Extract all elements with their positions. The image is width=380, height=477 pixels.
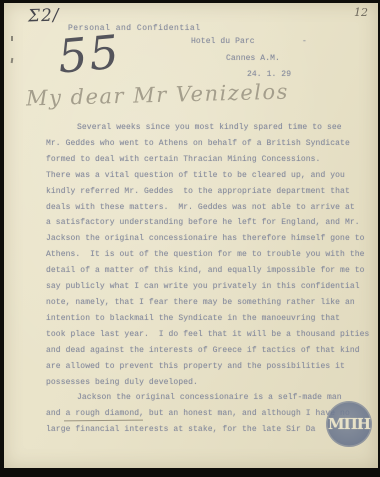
typed-line: formed to deal with certain Thracian Min… xyxy=(46,152,358,168)
letterhead-hotel: Hotel du Parc xyxy=(191,37,255,46)
typed-line: intention to blackmail the Syndicate in … xyxy=(46,311,358,327)
letter-body: Several weeks since you most kindly spar… xyxy=(46,120,358,438)
typed-line: Mr. Geddes who went to Athens on behalf … xyxy=(46,136,358,152)
typed-line: detail of a matter of this kind, and equ… xyxy=(46,263,358,279)
folio-number-handwritten: 55 xyxy=(56,24,123,83)
typed-line: large financial interests at stake, for … xyxy=(46,422,358,438)
stamp-monogram: ΜΠΗ xyxy=(328,415,370,433)
typed-line: took place last year. I do feel that it … xyxy=(46,327,358,343)
typed-line: a satisfactory understanding before he l… xyxy=(46,215,358,231)
scanned-letter-photo: { "document": { "archive_ref": "Σ2/", "p… xyxy=(0,0,380,477)
typed-line: possesses being duly developed. xyxy=(46,375,358,391)
confidential-heading: Personal and Confidential xyxy=(68,24,201,33)
typed-line: deals with these matters. Mr. Geddes was… xyxy=(46,200,358,216)
letterhead-city: Cannes A.M. xyxy=(226,54,280,63)
typed-line: Several weeks since you most kindly spar… xyxy=(46,120,358,136)
letterhead-date: 24. 1. 29 xyxy=(247,70,291,79)
typed-line: kindly referred Mr. Geddes to the approp… xyxy=(46,184,358,200)
margin-tick-mark xyxy=(11,36,13,41)
letter-page: Σ2/ 12 55 Personal and Confidential Hote… xyxy=(4,3,378,468)
typed-line: say publicly what I can write you privat… xyxy=(46,279,358,295)
typed-line: and dead against the interests of Greece… xyxy=(46,343,358,359)
typed-line: Athens. It is out of the question for me… xyxy=(46,247,358,263)
typed-line: are allowed to prevent this property and… xyxy=(46,359,358,375)
archive-ref-handwritten: Σ2/ xyxy=(28,5,60,26)
typed-line: Jackson the original concessionaire has … xyxy=(46,231,358,247)
typed-line: note, namely, that I fear there may be s… xyxy=(46,295,358,311)
archive-stamp: ΜΠΗ xyxy=(326,401,372,447)
margin-tick-mark xyxy=(11,58,14,63)
letterhead-dash: - xyxy=(302,37,307,46)
typed-line: There was a vital question of title to b… xyxy=(46,168,358,184)
page-number: 12 xyxy=(354,6,368,19)
typed-line: Jackson the original concessionaire is a… xyxy=(46,390,358,406)
salutation-handwritten: My dear Mr Venizelos xyxy=(26,80,289,111)
